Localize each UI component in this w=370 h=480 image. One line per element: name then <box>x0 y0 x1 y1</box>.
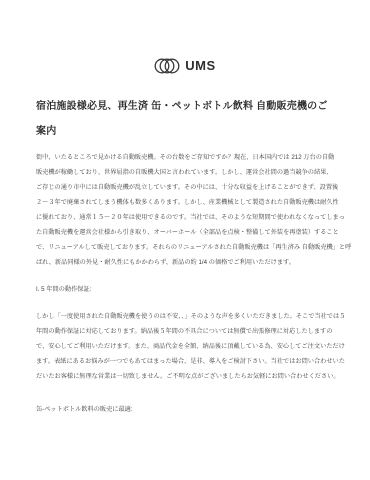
section-heading-warranty: I. 5 年間の動作保証: <box>36 282 334 297</box>
brand-name: UMS <box>185 57 215 74</box>
intro-paragraph: 街中、いたるところで見かける自動販売機。その台数をご存知ですか？現在、日本国内で… <box>36 150 334 270</box>
document-title: 宿泊施設様必見、再生済 缶・ペットボトル飲料 自動販売機のご 案内 <box>36 94 334 144</box>
brand-logo: UMS <box>0 0 370 74</box>
ums-rings-icon <box>154 58 180 74</box>
section-heading-best-fit: 缶-ペットボトル飲料の販売に最適: <box>36 402 334 417</box>
document-page: UMS 宿泊施設様必見、再生済 缶・ペットボトル飲料 自動販売機のご 案内 街中… <box>0 0 370 480</box>
warranty-paragraph: しかし「一度使用された自動販売機を使うのは不安、、」そのような声を多くいただきま… <box>36 309 334 384</box>
